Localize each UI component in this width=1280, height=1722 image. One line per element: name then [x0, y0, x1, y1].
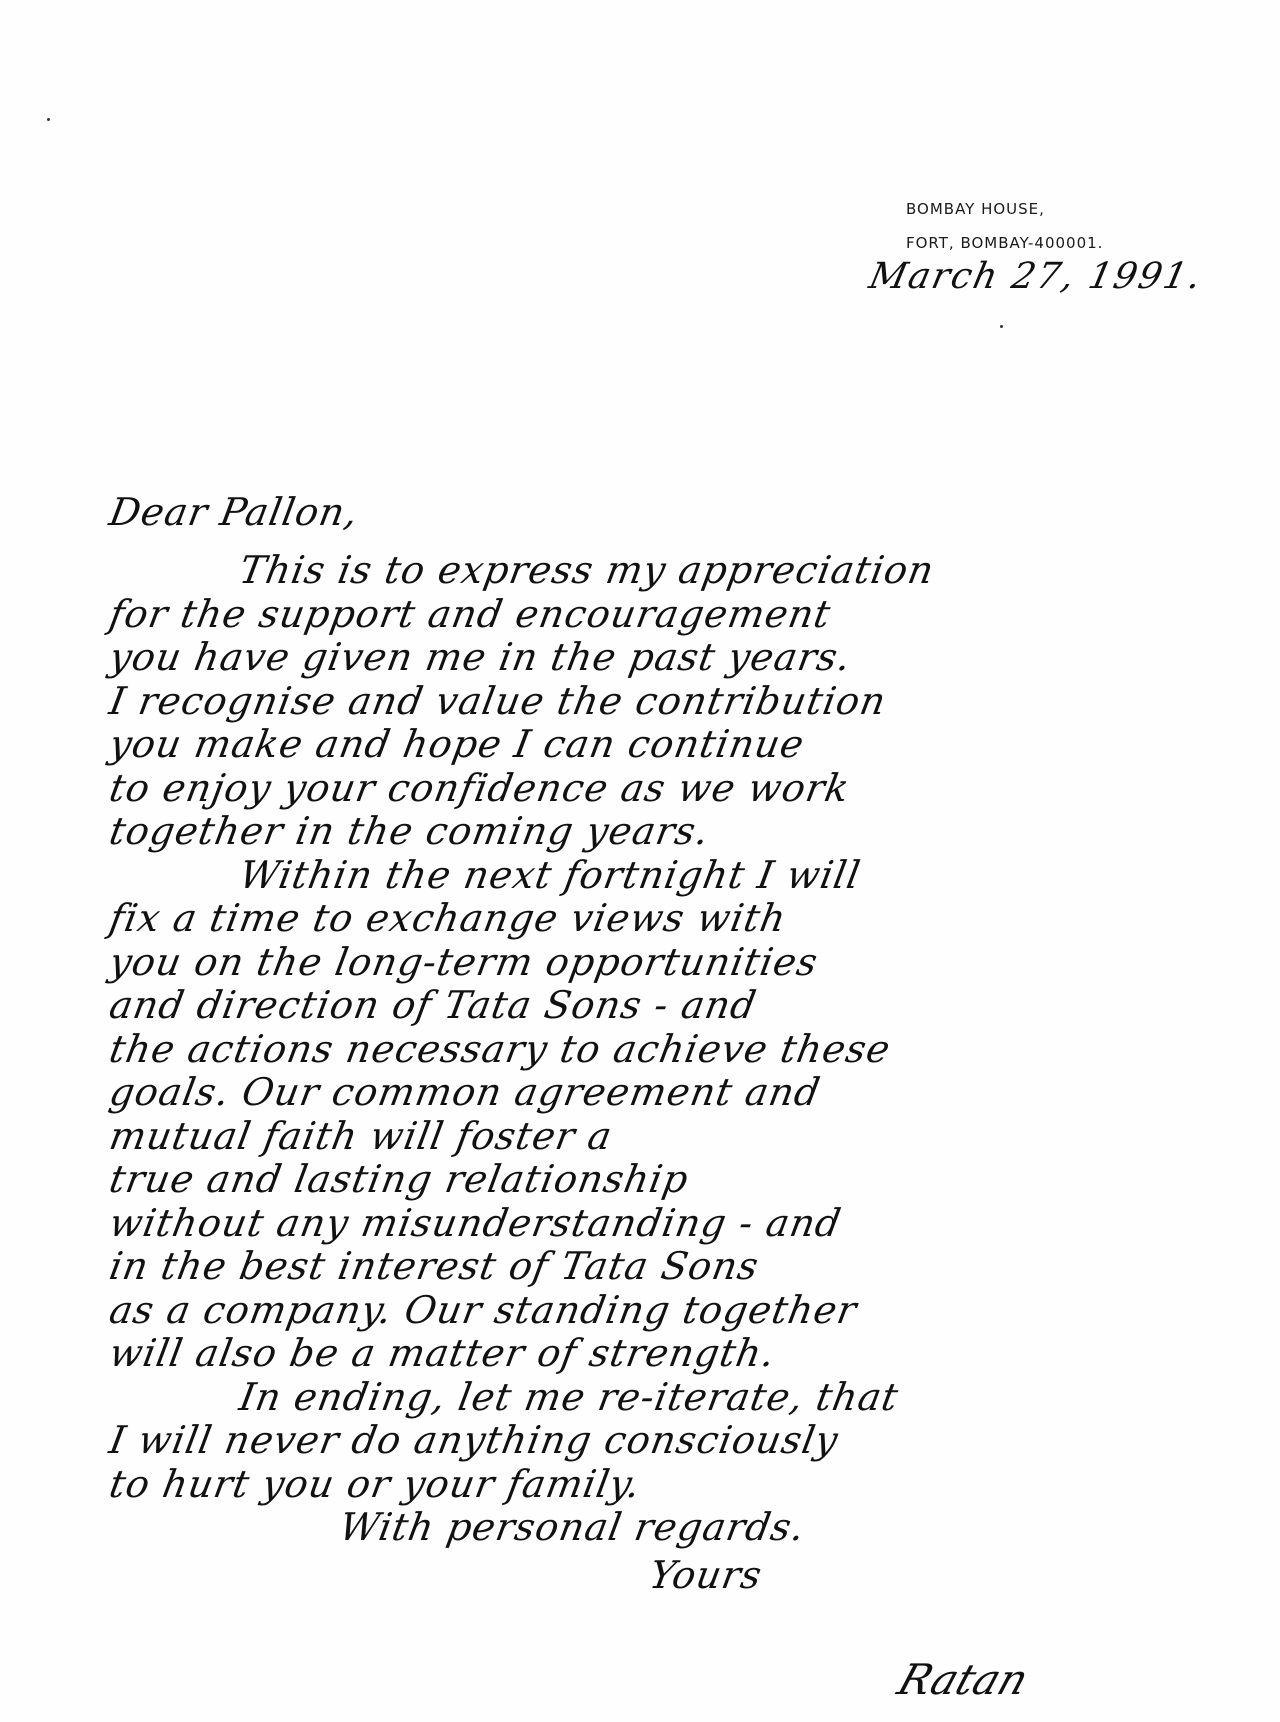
- letter-line: I recognise and value the contribution: [106, 679, 890, 723]
- letter-page: BOMBAY HOUSE, FORT, BOMBAY-400001. March…: [0, 0, 1280, 1722]
- signature: Ratan: [892, 1655, 1035, 1704]
- letter-line: for the support and encouragement: [106, 592, 834, 636]
- letterhead-address: BOMBAY HOUSE, FORT, BOMBAY-400001.: [906, 192, 1103, 260]
- salutation: Dear Pallon,: [106, 490, 362, 534]
- letter-date: March 27, 1991.: [866, 256, 1207, 297]
- letter-line: In ending, let me re-iterate, that: [236, 1375, 902, 1419]
- letter-line: This is to express my appreciation: [236, 548, 938, 592]
- letter-line: to enjoy your confidence as we work: [106, 766, 853, 810]
- letter-line: Within the next fortnight I will: [236, 853, 864, 897]
- letter-line: without any misunderstanding - and: [106, 1201, 845, 1245]
- letter-line: as a company. Our standing together: [106, 1288, 860, 1332]
- letter-line: together in the coming years.: [106, 809, 713, 853]
- letter-line: goals. Our common agreement and: [106, 1070, 824, 1114]
- letter-line: will also be a matter of strength.: [106, 1331, 779, 1375]
- letter-line: the actions necessary to achieve these: [106, 1027, 894, 1071]
- scan-speck: [47, 118, 50, 121]
- letter-line: fix a time to exchange views with: [106, 896, 790, 940]
- letter-line: true and lasting relationship: [106, 1157, 692, 1201]
- letter-line: and direction of Tata Sons - and: [106, 983, 760, 1027]
- letter-line: I will never do anything consciously: [106, 1418, 842, 1462]
- letter-line: you have given me in the past years.: [106, 635, 855, 679]
- valediction: Yours: [646, 1553, 766, 1597]
- letter-line: mutual faith will foster a: [106, 1114, 616, 1158]
- letterhead-line-2: FORT, BOMBAY-400001.: [906, 226, 1103, 260]
- scan-speck: [1000, 325, 1003, 328]
- letter-line: you make and hope I can continue: [106, 722, 808, 766]
- closing-line: With personal regards.: [336, 1505, 809, 1549]
- letter-line: to hurt you or your family.: [106, 1462, 644, 1506]
- letter-line: in the best interest of Tata Sons: [106, 1244, 762, 1288]
- letterhead-line-1: BOMBAY HOUSE,: [906, 192, 1103, 226]
- letter-line: you on the long-term opportunities: [106, 940, 821, 984]
